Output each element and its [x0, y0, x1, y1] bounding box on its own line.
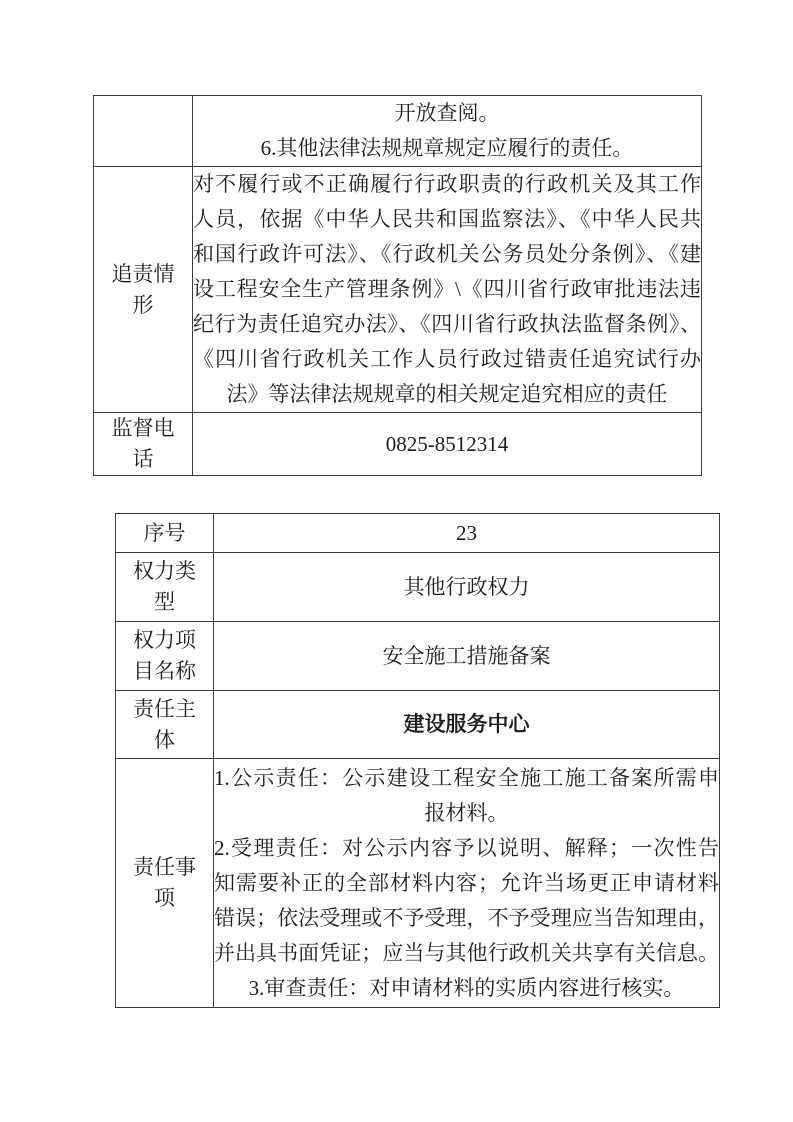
- power-item-name-value: 安全施工措施备案: [214, 639, 719, 674]
- row-continued-duties: 开放查阅。 6.其他法律法规规章规定应履行的责任。: [94, 96, 702, 167]
- row-label-cell: 权力类 型: [116, 553, 214, 622]
- phone-number: 0825-8512314: [193, 427, 701, 462]
- row-supervision-phone: 监督电 话 0825-8512314: [94, 413, 702, 476]
- label-line: 权力类: [116, 556, 213, 587]
- row-value-cell: 1.公示责任：公示建设工程安全施工施工备案所需申 报材料。 2.受理责任：对公示…: [214, 759, 720, 1008]
- label-line: 型: [116, 587, 213, 618]
- text-line: 2.受理责任：对公示内容予以说明、解释；一次性告: [214, 831, 719, 866]
- row-value-cell: 建设服务中心: [214, 691, 720, 759]
- label-line: 序号: [116, 518, 213, 549]
- row-value-cell: 对不履行或不正确履行行政职责的行政机关及其工作 人员，依据《中华人民共和国监察法…: [193, 167, 702, 413]
- label-line: 体: [116, 725, 213, 756]
- text-line: 人员，依据《中华人民共和国监察法》、《中华人民共: [193, 202, 701, 237]
- text-line: 6.其他法律法规规章规定应履行的责任。: [193, 131, 701, 166]
- row-serial-number: 序号 23: [116, 514, 720, 553]
- label-line: 权力项: [116, 625, 213, 656]
- row-label-cell: 序号: [116, 514, 214, 553]
- row-label-cell: 追责情 形: [94, 167, 193, 413]
- row-responsibility-items: 责任事 项 1.公示责任：公示建设工程安全施工施工备案所需申 报材料。 2.受理…: [116, 759, 720, 1008]
- text-line: 开放查阅。: [193, 96, 701, 131]
- row-value-cell: 其他行政权力: [214, 553, 720, 622]
- responsible-entity-value: 建设服务中心: [214, 707, 719, 742]
- row-responsible-entity: 责任主 体 建设服务中心: [116, 691, 720, 759]
- row-label-cell: 权力项 目名称: [116, 622, 214, 691]
- row-value-cell: 0825-8512314: [193, 413, 702, 476]
- row-label-cell: 监督电 话: [94, 413, 193, 476]
- text-line: 设工程安全生产管理条例》\《四川省行政审批违法违: [193, 272, 701, 307]
- text-line: 法》等法律法规规章的相关规定追究相应的责任: [193, 377, 701, 412]
- row-value-cell: 安全施工措施备案: [214, 622, 720, 691]
- text-line: 3.审查责任：对申请材料的实质内容进行核实。: [214, 971, 719, 1006]
- text-line: 《四川省行政机关工作人员行政过错责任追究试行办: [193, 342, 701, 377]
- row-accountability-situations: 追责情 形 对不履行或不正确履行行政职责的行政机关及其工作 人员，依据《中华人民…: [94, 167, 702, 413]
- row-label-cell-empty: [94, 96, 193, 167]
- text-line: 并出具书面凭证；应当与其他行政机关共享有关信息。: [214, 936, 719, 971]
- row-power-item-name: 权力项 目名称 安全施工措施备案: [116, 622, 720, 691]
- text-line: 错误；依法受理或不予受理，不予受理应当告知理由，: [214, 901, 719, 936]
- row-label-cell: 责任主 体: [116, 691, 214, 759]
- label-line: 话: [94, 444, 192, 475]
- label-line: 项: [116, 883, 213, 914]
- text-line: 对不履行或不正确履行行政职责的行政机关及其工作: [193, 167, 701, 202]
- responsibility-table-top: 开放查阅。 6.其他法律法规规章规定应履行的责任。 追责情 形 对不履行或不正确…: [93, 95, 702, 476]
- power-type-value: 其他行政权力: [214, 570, 719, 605]
- label-line: 形: [94, 290, 192, 321]
- text-line: 报材料。: [214, 796, 719, 831]
- row-value-cell: 23: [214, 514, 720, 553]
- label-line: 责任事: [116, 852, 213, 883]
- text-line: 1.公示责任：公示建设工程安全施工施工备案所需申: [214, 761, 719, 796]
- serial-number-value: 23: [214, 516, 719, 551]
- label-line: 监督电: [94, 413, 192, 444]
- row-label-cell: 责任事 项: [116, 759, 214, 1008]
- label-line: 责任主: [116, 694, 213, 725]
- label-line: 目名称: [116, 656, 213, 687]
- text-line: 知需要补正的全部材料内容；允许当场更正申请材料: [214, 866, 719, 901]
- responsibility-table-item-23: 序号 23 权力类 型 其他行政权力 权力项 目名称: [115, 513, 720, 1008]
- text-line: 纪行为责任追究办法》、《四川省行政执法监督条例》、: [193, 307, 701, 342]
- label-line: 追责情: [94, 259, 192, 290]
- text-line: 和国行政许可法》、《行政机关公务员处分条例》、《建: [193, 237, 701, 272]
- row-power-type: 权力类 型 其他行政权力: [116, 553, 720, 622]
- row-value-cell: 开放查阅。 6.其他法律法规规章规定应履行的责任。: [193, 96, 702, 167]
